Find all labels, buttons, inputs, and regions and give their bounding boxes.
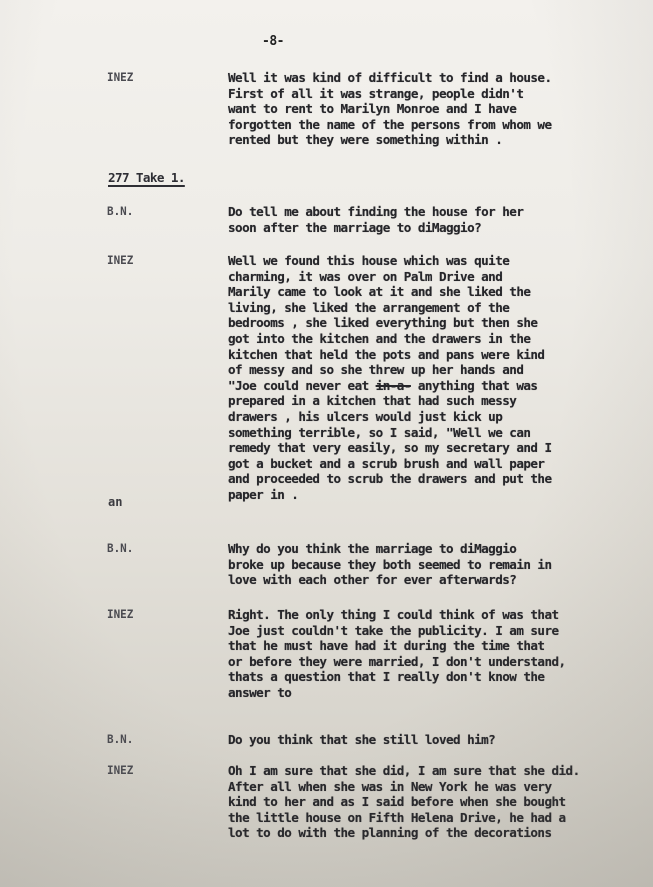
- dialogue-line: got into the kitchen and the drawers in …: [228, 331, 551, 347]
- dialogue-line: prepared in a kitchen that had such mess…: [228, 393, 551, 409]
- dialogue-line: rented but they were something within .: [228, 132, 551, 148]
- margin-note: an: [108, 495, 122, 509]
- dialogue-line: Do tell me about finding the house for h…: [228, 204, 523, 220]
- dialogue-line: answer to: [228, 685, 566, 701]
- dialogue-text: Oh I am sure that she did, I am sure tha…: [228, 763, 580, 841]
- dialogue-line: lot to do with the planning of the decor…: [228, 825, 580, 841]
- dialogue-line: Well we found this house which was quite: [228, 253, 551, 269]
- dialogue-text: Right. The only thing I could think of w…: [228, 607, 566, 701]
- speaker-label: INEZ: [107, 607, 133, 621]
- dialogue-line: the little house on Fifth Helena Drive, …: [228, 810, 580, 826]
- dialogue-line: soon after the marriage to diMaggio?: [228, 220, 523, 236]
- dialogue-line: got a bucket and a scrub brush and wall …: [228, 456, 551, 472]
- speaker-label: INEZ: [107, 253, 133, 267]
- dialogue-line: Joe just couldn't take the publicity. I …: [228, 623, 566, 639]
- page-number: -8-: [262, 34, 284, 49]
- dialogue-line: Do you think that she still loved him?: [228, 732, 495, 748]
- dialogue-line: paper in .: [228, 487, 551, 503]
- dialogue-line: and proceeded to scrub the drawers and p…: [228, 471, 551, 487]
- speaker-label: INEZ: [107, 70, 133, 84]
- dialogue-line: forgotten the name of the persons from w…: [228, 117, 551, 133]
- speaker-label: INEZ: [107, 763, 133, 777]
- dialogue-line: kitchen that held the pots and pans were…: [228, 347, 551, 363]
- dialogue-text: Well we found this house which was quite…: [228, 253, 551, 503]
- dialogue-line: want to rent to Marilyn Monroe and I hav…: [228, 101, 551, 117]
- dialogue-line: remedy that very easily, so my secretary…: [228, 440, 551, 456]
- dialogue-text: Do tell me about finding the house for h…: [228, 204, 523, 235]
- dialogue-line: something terrible, so I said, "Well we …: [228, 425, 551, 441]
- dialogue-line: drawers , his ulcers would just kick up: [228, 409, 551, 425]
- dialogue-line: Oh I am sure that she did, I am sure tha…: [228, 763, 580, 779]
- dialogue-line: of messy and so she threw up her hands a…: [228, 362, 551, 378]
- dialogue-line: kind to her and as I said before when sh…: [228, 794, 580, 810]
- dialogue-text: Do you think that she still loved him?: [228, 732, 495, 748]
- dialogue-line: living, she liked the arrangement of the: [228, 300, 551, 316]
- speaker-label: B.N.: [107, 204, 133, 218]
- dialogue-line: thats a question that I really don't kno…: [228, 669, 566, 685]
- take-label: 277 Take 1.: [108, 170, 185, 185]
- dialogue-line: "Joe could never eat in-a- anything that…: [228, 378, 551, 394]
- struck-text: in-a-: [376, 378, 411, 393]
- speaker-label: B.N.: [107, 732, 133, 746]
- dialogue-line: charming, it was over on Palm Drive and: [228, 269, 551, 285]
- dialogue-line: First of all it was strange, people didn…: [228, 86, 551, 102]
- dialogue-line: broke up because they both seemed to rem…: [228, 557, 551, 573]
- dialogue-line: After all when she was in New York he wa…: [228, 779, 580, 795]
- dialogue-line: or before they were married, I don't und…: [228, 654, 566, 670]
- dialogue-text: Why do you think the marriage to diMaggi…: [228, 541, 551, 588]
- dialogue-line: Well it was kind of difficult to find a …: [228, 70, 551, 86]
- dialogue-line: Why do you think the marriage to diMaggi…: [228, 541, 551, 557]
- dialogue-line: Right. The only thing I could think of w…: [228, 607, 566, 623]
- dialogue-text: Well it was kind of difficult to find a …: [228, 70, 551, 148]
- dialogue-line: Marily came to look at it and she liked …: [228, 284, 551, 300]
- dialogue-line: love with each other for ever afterwards…: [228, 572, 551, 588]
- dialogue-line: bedrooms , she liked everything but then…: [228, 315, 551, 331]
- dialogue-line: that he must have had it during the time…: [228, 638, 566, 654]
- speaker-label: B.N.: [107, 541, 133, 555]
